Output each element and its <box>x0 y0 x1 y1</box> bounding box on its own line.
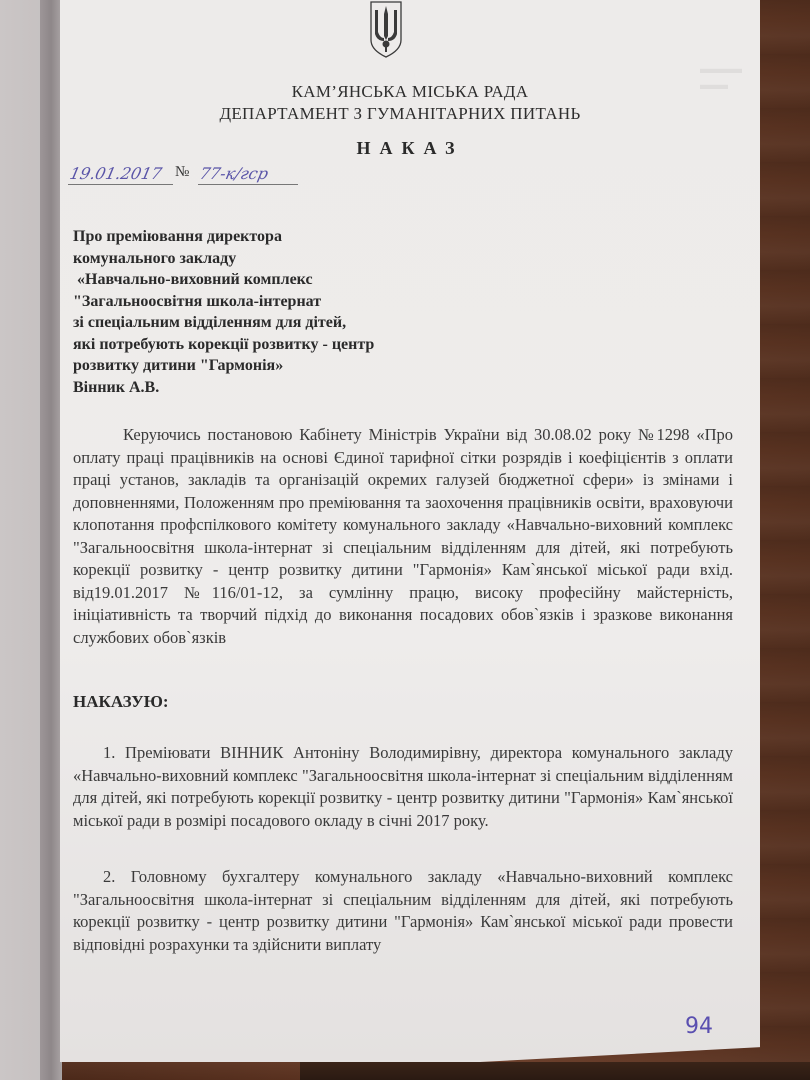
order-heading: НАКАЗУЮ: <box>73 692 169 712</box>
subject-line: зі спеціальним відділенням для дітей, <box>73 312 403 334</box>
preamble-paragraph: Керуючись постановою Кабінету Міністрів … <box>73 424 733 649</box>
number-label: № <box>175 164 189 181</box>
handwritten-order-number: 77-к/гср <box>198 164 270 183</box>
order-item-text: 1. Преміювати ВІННИК Антоніну Володимирі… <box>73 743 733 830</box>
subject-line: розвитку дитини "Гармонія» <box>73 355 403 377</box>
subject-line: Вінник А.В. <box>73 377 403 399</box>
order-item-2: 2. Головному бухгалтеру комунального зак… <box>73 866 733 956</box>
trident-coat-of-arms-icon <box>368 0 404 58</box>
department-name: ДЕПАРТАМЕНТ З ГУМАНІТАРНИХ ПИТАНЬ <box>50 104 750 124</box>
order-subject: Про преміювання директора комунального з… <box>73 226 403 398</box>
subject-line: «Навчально-виховний комплекс <box>73 269 403 291</box>
number-underline <box>198 184 298 185</box>
handwritten-date: 19.01.2017 <box>68 164 164 183</box>
subject-line: комунального закладу <box>73 248 403 270</box>
subject-line: які потребують корекції розвитку - центр <box>73 334 403 356</box>
order-item-text: 2. Головному бухгалтеру комунального зак… <box>73 867 733 954</box>
order-item-1: 1. Преміювати ВІННИК Антоніну Володимирі… <box>73 742 733 832</box>
subject-line: "Загальноосвітня школа-інтернат <box>73 291 403 313</box>
binder-fold-shadow <box>40 0 62 1080</box>
preamble-text: Керуючись постановою Кабінету Міністрів … <box>73 425 733 647</box>
page-bottom-shadow <box>300 1062 810 1080</box>
document-page: ▬▬▬ ▬▬ КАМ’ЯНСЬКА МІСЬКА РАДА ДЕПАРТАМЕН… <box>60 0 760 1062</box>
document-title: НАКАЗ <box>60 138 760 159</box>
subject-line: Про преміювання директора <box>73 226 403 248</box>
org-name: КАМ’ЯНСЬКА МІСЬКА РАДА <box>60 82 760 102</box>
date-underline <box>68 184 173 185</box>
handwritten-page-number: 94 <box>685 1014 713 1039</box>
